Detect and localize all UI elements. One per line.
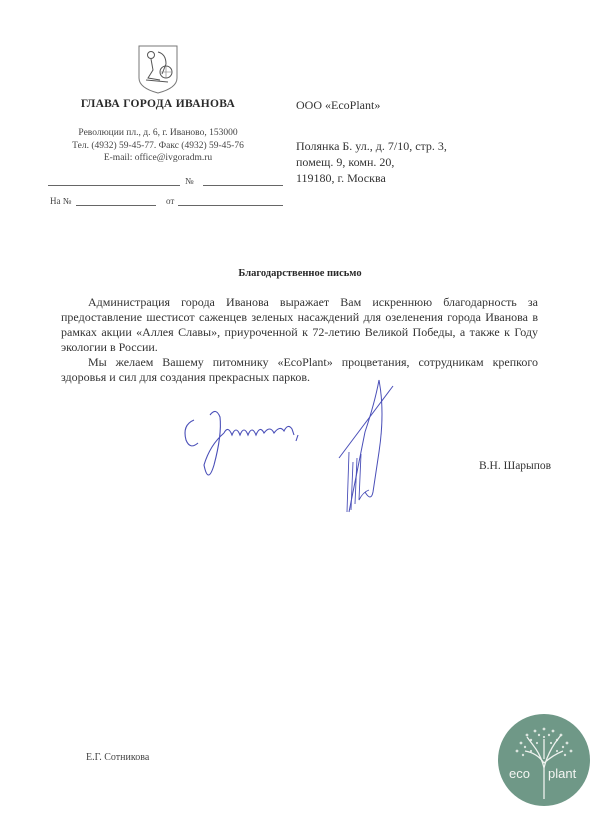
recipient-name: ООО «EcoPlant» — [296, 98, 380, 113]
date-label: от — [166, 196, 174, 206]
recipient-address-line: Полянка Б. ул., д. 7/10, стр. 3, — [296, 138, 447, 154]
org-address-line: Революции пл., д. 6, г. Иваново, 153000 — [40, 127, 276, 140]
org-email-line: E-mail: office@ivgoradm.ru — [40, 152, 276, 165]
reply-number-blank-line — [76, 205, 156, 206]
org-phone-line: Тел. (4932) 59-45-77. Факс (4932) 59-45-… — [40, 140, 276, 153]
letter-title: Благодарственное письмо — [60, 268, 540, 279]
body-paragraph: Мы желаем Вашему питомнику «EcoPlant» пр… — [61, 355, 538, 385]
number-blank-line — [203, 185, 283, 186]
reply-date-blank-line — [178, 205, 283, 206]
logo-word-plant: plant — [548, 766, 576, 781]
logo-word-eco: eco — [509, 766, 530, 781]
registration-number-row: № — [48, 176, 284, 190]
org-address: Революции пл., д. 6, г. Иваново, 153000 … — [40, 127, 276, 165]
number-label: № — [185, 176, 194, 186]
recipient-address-line: помещ. 9, комн. 20, — [296, 154, 447, 170]
signature — [335, 372, 395, 522]
signer-name: В.Н. Шарыпов — [479, 460, 551, 472]
reply-to-label: На № — [50, 196, 71, 206]
recipient-address: Полянка Б. ул., д. 7/10, стр. 3, помещ. … — [296, 138, 447, 186]
coat-of-arms-icon — [136, 44, 180, 94]
date-blank-line — [48, 185, 180, 186]
ecoplant-logo: eco plant — [497, 713, 591, 807]
body-paragraph: Администрация города Иванова выражает Ва… — [61, 295, 538, 355]
executor-name: Е.Г. Сотникова — [86, 752, 149, 763]
reply-to-row: На № от — [48, 196, 284, 210]
recipient-address-line: 119180, г. Москва — [296, 170, 447, 186]
org-title: ГЛАВА ГОРОДА ИВАНОВА — [40, 98, 276, 110]
letter-body: Администрация города Иванова выражает Ва… — [61, 295, 538, 385]
